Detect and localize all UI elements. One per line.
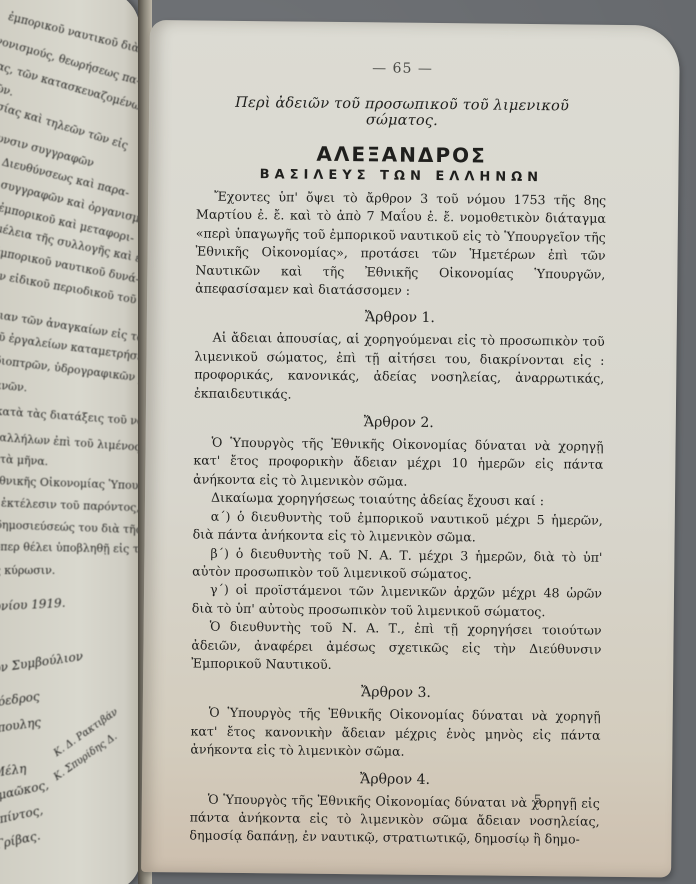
article-paragraph: Ὁ Ὑπουργὸς τῆς Ἐθνικῆς Οἰκονομίας δύνατα…: [190, 704, 601, 764]
king-name: ΑΛΕΞΑΝΔΡΟΣ: [196, 140, 606, 168]
left-page-signature: ρόεδρος: [0, 689, 40, 710]
left-page-date: ουνίου 1919.: [0, 596, 66, 614]
left-page-line: ικῶν.: [0, 78, 15, 99]
left-page-signature: ῶν Συμβούλιον: [0, 649, 84, 676]
left-page-line: ὑπαλλήλων ἐπὶ τοῦ λιμένος,: [0, 430, 140, 454]
page-content: — 65 — Περὶ ἀδειῶν τοῦ προσωπικοῦ τοῦ λι…: [189, 59, 607, 850]
article-paragraph: γ´) οἱ προϊστάμενοι τῶν λιμενικῶν ἀρχῶν …: [192, 581, 602, 622]
article-heading: Ἄρθρον 3.: [191, 683, 601, 703]
left-page-line: χανῶν.: [0, 378, 28, 394]
article-paragraph: Ὁ διευθυντὴς τοῦ Ν. Α. Τ., ἐπὶ τῇ χορηγή…: [191, 618, 602, 678]
preamble: Ἔχοντες ὑπ' ὄψει τὸ ἄρθρον 3 τοῦ νόμου 1…: [195, 187, 606, 302]
left-page-line: αὶ ἐκτέλεσιν τοῦ παρόντος, τοῦ: [0, 496, 140, 515]
left-page-signature: ρμαῶκος,: [0, 778, 50, 804]
article-heading: Ἄρθρον 1.: [195, 308, 605, 328]
page-number-top: — 65 —: [197, 59, 607, 79]
left-page-line: κατὰ μῆνα.: [0, 452, 49, 468]
article-paragraph: α´) ὁ διευθυντὴς τοῦ ἐμπορικοῦ ναυτικοῦ …: [193, 507, 603, 548]
left-page-signature: σπίντος,: [0, 803, 44, 828]
left-page-line: ς δημοσιεύσεώς του διὰ τῆς Ἐφ-: [0, 518, 140, 537]
article-heading: Ἄρθρον 2.: [194, 413, 604, 433]
left-page: ἐμπορικοῦ ναυτικοῦ διὰ Β. κανονισμούς, θ…: [0, 0, 140, 884]
page-number-bottom: 5: [533, 793, 541, 808]
right-page: — 65 — Περὶ ἀδειῶν τοῦ προσωπικοῦ τοῦ λι…: [141, 20, 680, 878]
left-page-signature: έπουλης: [0, 715, 42, 736]
section-title: Περὶ ἀδειῶν τοῦ προσωπικοῦ τοῦ λιμενικοῦ…: [197, 94, 607, 130]
left-page-signature: Μέλη: [0, 761, 27, 780]
article-paragraph: β´) ὁ διευθυντὴς τοῦ Ν. Α. Τ. μέχρι 3 ἡμ…: [192, 544, 602, 585]
left-page-line: ὶ ὅπερ θέλει ὑποβληθῇ εἰς τὴν: [0, 540, 140, 556]
left-page-line: ὸς κύρωσιν.: [0, 564, 55, 577]
left-page-line: ν κατὰ τὰς διατάξεις τοῦ νόμου: [0, 404, 140, 429]
king-title: ΒΑΣΙΛΕΥΣ ΤΩΝ ΕΛΛΗΝΩΝ: [196, 166, 606, 185]
article-paragraph: Αἱ ἄδειαι ἀπουσίας, αἱ χορηγούμεναι εἰς …: [194, 329, 605, 407]
article-paragraph: Ὁ Ὑπουργὸς τῆς Ἐθνικῆς Οἰκονομίας δύνατα…: [193, 434, 604, 494]
article-heading: Ἄρθρον 4.: [190, 769, 600, 789]
left-page-line: Ἐθνικῆς Οἰκονομίας Ὑπουργὸν: [0, 474, 140, 493]
left-page-signature: Γρίβας.: [0, 829, 42, 852]
